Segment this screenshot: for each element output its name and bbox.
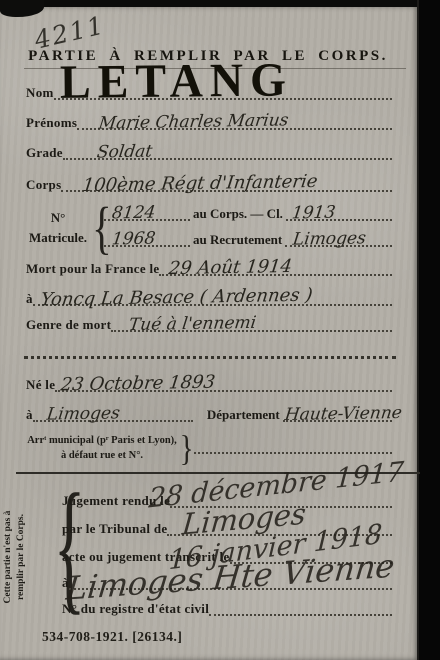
- grade-value: Soldat: [96, 142, 154, 163]
- tribunal-label: par le Tribunal de: [62, 522, 167, 536]
- naissance-lieu-label: à: [26, 408, 33, 422]
- field-mort: Mort pour la France le 29 Août 1914: [26, 258, 392, 276]
- matricule-label-line2: Matricule.: [26, 228, 90, 248]
- prenoms-label: Prénoms: [26, 116, 77, 130]
- mort-value: 29 Août 1914: [168, 256, 294, 279]
- form-footer: 534-708-1921. [26134.]: [42, 629, 182, 645]
- photo-edge-top: [0, 0, 440, 7]
- arrondissement-brace: }: [180, 430, 194, 466]
- registre-line: [209, 600, 392, 616]
- matricule-recrutement-text: au Recrutement: [190, 233, 285, 247]
- arrondissement-label: Arrᵗ municipal (pʳ Paris et Lyon), à déf…: [26, 433, 178, 463]
- prenoms-value: Marie Charles Marius: [98, 110, 290, 133]
- matricule-place-line: Limoges: [285, 230, 392, 247]
- matricule-corps-text: au Corps. — Cl.: [190, 207, 286, 221]
- scanned-document: 4211 PARTIE À REMPLIR PAR LE CORPS. LETA…: [0, 0, 440, 660]
- field-matricule-recrutement: 1968 au Recrutement Limoges: [104, 230, 392, 247]
- grade-label: Grade: [26, 146, 63, 160]
- matricule-label: N° Matricule.: [26, 208, 90, 247]
- genre-mort-line: Tué à l'ennemi: [111, 314, 392, 332]
- grade-line: Soldat: [63, 142, 392, 160]
- side-note: Cette partie n'est pas à remplir par le …: [2, 498, 48, 616]
- mort-lieu-label: à: [26, 292, 33, 306]
- field-grade: Grade Soldat: [26, 142, 392, 160]
- field-prenoms: Prénoms Marie Charles Marius: [26, 112, 392, 130]
- mort-lieu-value: Yoncq La Besace ( Ardennes ): [39, 285, 313, 311]
- mort-lieu-line: Yoncq La Besace ( Ardennes ): [33, 288, 392, 306]
- record-card: 4211 PARTIE À REMPLIR PAR LE CORPS. LETA…: [0, 6, 420, 660]
- field-naissance: Né le 23 Octobre 1893: [26, 374, 392, 392]
- matricule-classe-line: 1913: [286, 204, 392, 221]
- corps-value: 100ème Régt d'Infanterie: [82, 171, 319, 196]
- field-corps: Corps 100ème Régt d'Infanterie: [26, 174, 392, 192]
- photo-edge-right: [419, 0, 440, 660]
- departement-line: Haute-Vienne: [283, 404, 392, 422]
- field-naissance-lieu: à Limoges Département Haute-Vienne: [26, 404, 392, 422]
- genre-mort-value: Tué à l'ennemi: [128, 313, 258, 335]
- matricule-recrutement-line: 1968: [104, 230, 190, 247]
- section-divider: [24, 356, 396, 359]
- matricule-classe-value: 1913: [291, 203, 337, 224]
- corps-line: 100ème Régt d'Infanterie: [61, 174, 392, 192]
- matricule-label-line1: N°: [26, 208, 90, 228]
- matricule-corps-line: 8124: [104, 204, 190, 221]
- naissance-value: 23 Octobre 1893: [60, 372, 217, 396]
- naissance-line: 23 Octobre 1893: [55, 374, 392, 392]
- mort-line: 29 Août 1914: [159, 258, 392, 276]
- naissance-lieu-line: Limoges: [33, 404, 193, 422]
- naissance-label: Né le: [26, 378, 55, 392]
- stamped-surname: LETANG: [60, 52, 293, 110]
- matricule-place-value: Limoges: [292, 228, 367, 249]
- field-matricule-corps: 8124 au Corps. — Cl. 1913: [104, 204, 392, 221]
- mort-label: Mort pour la France le: [26, 262, 159, 276]
- arrondissement-line: [194, 438, 392, 454]
- prenoms-line: Marie Charles Marius: [77, 112, 392, 130]
- corps-label: Corps: [26, 178, 61, 192]
- arrondissement-label-line1: Arrᵗ municipal (pʳ Paris et Lyon),: [26, 433, 178, 448]
- field-genre-mort: Genre de mort Tué à l'ennemi: [26, 314, 392, 332]
- departement-value: Haute-Vienne: [283, 403, 402, 425]
- field-mort-lieu: à Yoncq La Besace ( Ardennes ): [26, 288, 392, 306]
- departement-label: Département: [193, 408, 283, 422]
- naissance-lieu-value: Limoges: [45, 403, 120, 424]
- arrondissement-label-line2: à défaut rue et N°.: [26, 448, 178, 463]
- field-arrondissement: [194, 438, 392, 454]
- genre-mort-label: Genre de mort: [26, 318, 111, 332]
- matricule-recrutement-number: 1968: [111, 229, 157, 250]
- nom-label: Nom: [26, 86, 54, 100]
- matricule-corps-number: 8124: [111, 203, 157, 224]
